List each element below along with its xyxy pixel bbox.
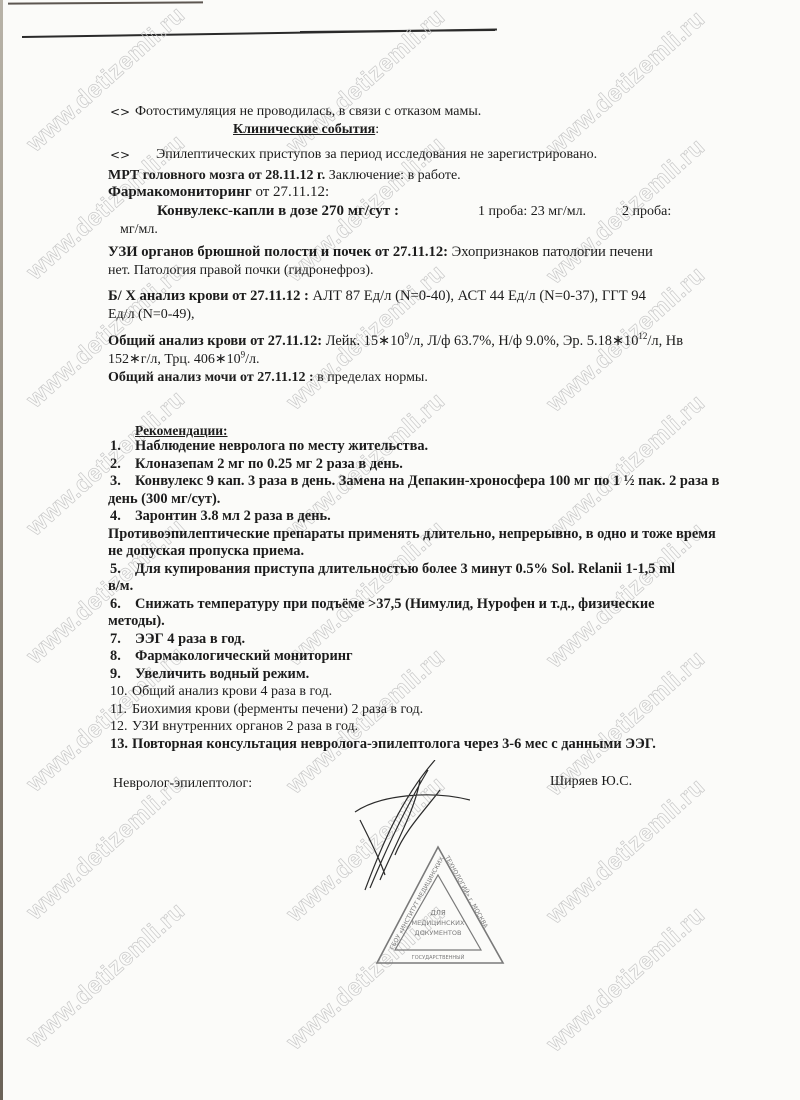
clinical-events-heading-text: Клинические события xyxy=(233,122,375,137)
scan-artifact-line xyxy=(8,1,203,4)
watermark-text: www.detizemli.ru xyxy=(21,1,191,158)
recommendation-item: 3.Конвулекс 9 кап. 3 раза в день. Замена… xyxy=(110,473,719,490)
ultrasound-line-2: нет. Патология правой почки (гидронефроз… xyxy=(108,262,373,279)
stamp-inner-2: МЕДИЦИНСКИХ xyxy=(412,919,465,927)
watermark-text: www.detizemli.ru xyxy=(541,389,711,546)
item-number: 2. xyxy=(110,456,135,473)
drug-dose: Конвулекс-капли в дозе 270 мг/сут : xyxy=(157,203,399,220)
ultrasound-text: Эхопризнаков патологии печени xyxy=(448,244,653,260)
cbc-hb: /л, Нв xyxy=(647,333,683,349)
item-text: Снижать температуру при подъёме >37,5 (Н… xyxy=(135,596,655,612)
stamp-inner-3: ДОКУМЕНТОВ xyxy=(415,929,462,937)
watermark-text: www.detizemli.ru xyxy=(541,901,711,1058)
watermark-text: www.detizemli.ru xyxy=(541,773,711,930)
cbc-line-2: 152∗г/л, Трц. 406∗109/л. xyxy=(108,351,259,368)
recommendation-item: 12.УЗИ внутренних органов 2 раза в год. xyxy=(110,718,358,735)
item-text-continuation: методы). xyxy=(108,613,165,630)
recommendation-item: 7.ЭЭГ 4 раза в год. xyxy=(110,631,245,648)
mri-section: МРТ головного мозга от 28.11.12 г. Заклю… xyxy=(108,167,461,184)
item-text: Фармакологический мониторинг xyxy=(135,648,353,664)
colon: : xyxy=(375,122,379,137)
recommendation-item: 1.Наблюдение невролога по месту жительст… xyxy=(110,438,428,455)
item-number: 6. xyxy=(110,596,135,613)
recommendation-item: Противоэпилептические препараты применят… xyxy=(108,526,716,543)
recommendation-item: 4.Заронтин 3.8 мл 2 раза в день. xyxy=(110,508,331,525)
item-number: 9. xyxy=(110,666,135,683)
item-number: 4. xyxy=(110,508,135,525)
item-text: Противоэпилептические препараты применят… xyxy=(108,526,716,542)
watermark-text: www.detizemli.ru xyxy=(21,769,191,926)
item-text: Наблюдение невролога по месту жительства… xyxy=(135,438,428,454)
item-text: Общий анализ крови 4 раза в год. xyxy=(132,684,332,699)
page-top-rule-right xyxy=(300,29,495,33)
item-text: Для купирования приступа длительностью б… xyxy=(135,561,675,577)
cbc-leuk: Лейк. 15∗10 xyxy=(322,333,404,349)
stamp-inner-1: ДЛЯ xyxy=(430,909,446,917)
item-text-continuation: день (300 мг/сут). xyxy=(108,491,220,508)
pharmacomonitoring-date: от 27.11.12: xyxy=(252,184,329,200)
urine-label: Общий анализ мочи от 27.11.12 : xyxy=(108,370,314,385)
signature-name: Ширяев Ю.С. xyxy=(550,773,632,790)
item-number: 3. xyxy=(110,473,135,490)
clinical-events-heading: Клинические события: xyxy=(233,121,379,138)
cbc-unit: /л. xyxy=(245,352,259,367)
biochem-line-2: Ед/л (N=0-49), xyxy=(108,306,195,323)
item-text-continuation: в/м. xyxy=(108,578,133,595)
photostim-note: Фотостимуляция не проводилась, в связи с… xyxy=(135,103,481,120)
item-number: 12. xyxy=(110,718,132,735)
item-number: 11. xyxy=(110,701,132,718)
item-number: 1. xyxy=(110,438,135,455)
scan-edge xyxy=(0,0,3,1100)
cbc-line-1: Общий анализ крови от 27.11.12: Лейк. 15… xyxy=(108,333,683,350)
ultrasound-label: УЗИ органов брюшной полости и почек от 2… xyxy=(108,244,448,260)
cbc-values-2: 152∗г/л, Трц. 406∗10 xyxy=(108,352,241,367)
sample-1: 1 проба: 23 мг/мл. xyxy=(478,203,586,220)
biochem-line-1: Б/ Х анализ крови от 27.11.12 : АЛТ 87 Е… xyxy=(108,288,646,305)
sample-2: 2 проба: xyxy=(622,203,671,220)
recommendation-item: 2.Клоназепам 2 мг по 0.25 мг 2 раза в де… xyxy=(110,456,403,473)
item-text: Клоназепам 2 мг по 0.25 мг 2 раза в день… xyxy=(135,456,403,472)
recommendation-item: 8.Фармакологический мониторинг xyxy=(110,648,353,665)
cbc-label: Общий анализ крови от 27.11.12: xyxy=(108,333,322,349)
watermark-text: www.detizemli.ru xyxy=(541,5,711,162)
mri-label: МРТ головного мозга от 28.11.12 г. xyxy=(108,168,325,183)
recommendations-heading: Рекомендации: xyxy=(135,422,228,439)
pharmacomonitoring-label: Фармакомониторинг xyxy=(108,184,252,200)
recommendation-item: 6.Снижать температуру при подъёме >37,5 … xyxy=(110,596,655,613)
item-number: 10. xyxy=(110,683,132,700)
diamond-bullet-icon: <> xyxy=(110,147,130,164)
item-number: 13. xyxy=(110,736,132,753)
recommendation-item: 13.Повторная консультация невролога-эпил… xyxy=(110,736,656,753)
official-stamp: ДЛЯ МЕДИЦИНСКИХ ДОКУМЕНТОВ ГОСУДАРСТВЕНН… xyxy=(375,845,505,970)
item-number: 8. xyxy=(110,648,135,665)
signature-role: Невролог-эпилептолог: xyxy=(113,775,252,792)
biochem-label: Б/ Х анализ крови от 27.11.12 : xyxy=(108,288,309,304)
urine-section: Общий анализ мочи от 27.11.12 : в предел… xyxy=(108,369,428,386)
item-text: Биохимия крови (ферменты печени) 2 раза … xyxy=(132,702,423,717)
item-text: Увеличить водный режим. xyxy=(135,666,309,682)
mri-text: Заключение: в работе. xyxy=(325,168,460,183)
item-text: Повторная консультация невролога-эпилепт… xyxy=(132,736,656,752)
biochem-text: АЛТ 87 Ед/л (N=0-40), АСТ 44 Ед/л (N=0-3… xyxy=(309,288,646,304)
recommendation-item: 10.Общий анализ крови 4 раза в год. xyxy=(110,683,332,700)
recommendation-item: 9.Увеличить водный режим. xyxy=(110,666,309,683)
item-text: Конвулекс 9 кап. 3 раза в день. Замена н… xyxy=(135,473,719,489)
item-text-continuation: не допуская пропуска приема. xyxy=(108,543,304,560)
seizures-note: Эпилептических приступов за период иссле… xyxy=(156,146,597,163)
item-text: ЭЭГ 4 раза в год. xyxy=(135,631,245,647)
item-number: 5. xyxy=(110,561,135,578)
diamond-bullet-icon: <> xyxy=(110,104,130,121)
item-text: Заронтин 3.8 мл 2 раза в день. xyxy=(135,508,331,524)
item-number: 7. xyxy=(110,631,135,648)
item-text: УЗИ внутренних органов 2 раза в год. xyxy=(132,719,358,734)
ultrasound-line-1: УЗИ органов брюшной полости и почек от 2… xyxy=(108,244,653,261)
watermark-text: www.detizemli.ru xyxy=(21,897,191,1054)
recommendation-item: 11.Биохимия крови (ферменты печени) 2 ра… xyxy=(110,701,423,718)
stamp-bottom: ГОСУДАРСТВЕННЫЙ xyxy=(412,954,465,961)
urine-text: в пределах нормы. xyxy=(314,370,428,385)
pharmacomonitoring-heading: Фармакомониторинг от 27.11.12: xyxy=(108,184,329,201)
cbc-values: /л, Л/ф 63.7%, Н/ф 9.0%, Эр. 5.18∗10 xyxy=(409,333,638,349)
recommendation-item: 5.Для купирования приступа длительностью… xyxy=(110,561,675,578)
sample-2-unit: мг/мл. xyxy=(120,221,158,238)
